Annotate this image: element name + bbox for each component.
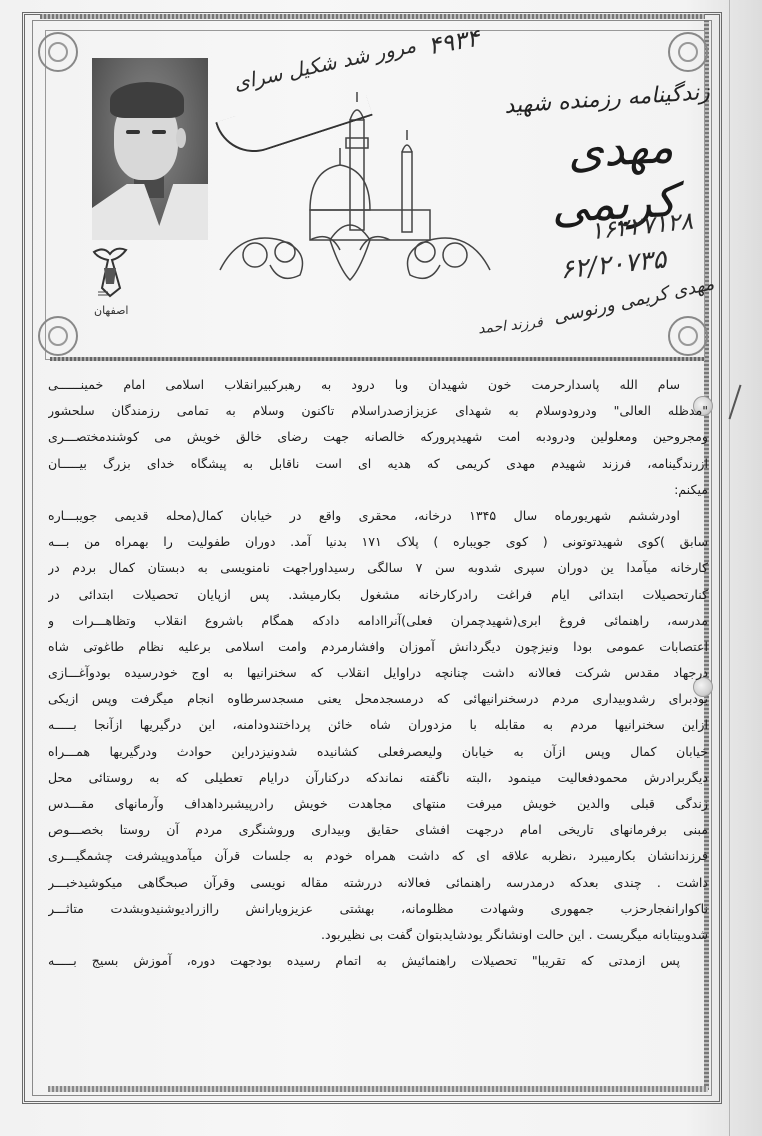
paragraph-1: سام الله پاسدارحرمت خون شهیدان وبا درود … — [48, 372, 708, 503]
martyr-portrait-photo — [92, 58, 208, 240]
text-line: مبنی برفرمانهای تاریخی امام درجهت افشای … — [48, 817, 708, 843]
text-line: ازاین سخنرانیها مردم به مقابله با مزدورا… — [48, 712, 708, 738]
header-divider — [50, 357, 705, 361]
text-line: خیابان کمال وپس ازآن به خیابان ولیعصرفعل… — [48, 739, 708, 765]
text-line: داشت . چندی بعدکه درمدرسه راهنمائی فعالا… — [48, 870, 708, 896]
text-line: کارخانه میآمدا ین دوران سپری شدوبه سن ۷ … — [48, 555, 708, 581]
corner-ornament-icon — [668, 32, 708, 72]
text-line: دیگربرادرش محمودفعالیت مینمود ،البته ناگ… — [48, 765, 708, 791]
paragraph-3: پس ازمدتی که تقریبا" تحصیلات راهنمائیش ب… — [48, 948, 708, 974]
text-line: مدرسه، راهنمائی فروغ ابری(شهیدچمران فعلی… — [48, 608, 708, 634]
text-line: اعتصابات عمومی بودا ونیزچون دیگردانش آمو… — [48, 634, 708, 660]
text-line: ازرندگینامه، فرزند شهیدم مهدی کریمی که ه… — [48, 451, 708, 477]
margin-pen-mark — [728, 385, 741, 420]
basij-emblem-icon — [90, 244, 130, 302]
text-line: بودبرای رشدوبیداری مردم درسخنرانیهائی که… — [48, 686, 708, 712]
text-line: درجهاد مقدس شرکت فعالانه داشت چنانچه درا… — [48, 660, 708, 686]
scan-fold-line — [729, 0, 730, 1136]
document-page: اصفهان زندگین — [0, 0, 762, 1136]
paragraph-2: اودرششم شهریورماه سال ۱۳۴۵ درخانه، محقری… — [48, 503, 708, 948]
text-line: پس ازمدتی که تقریبا" تحصیلات راهنمائیش ب… — [48, 948, 708, 974]
bottom-border-band — [48, 1086, 708, 1092]
text-line: "مدظله العالی" ودرودوسلام به شهدای عزیزا… — [48, 398, 708, 424]
text-line: اودرششم شهریورماه سال ۱۳۴۵ درخانه، محقری… — [48, 503, 708, 529]
top-border-band — [40, 14, 705, 19]
biography-body: سام الله پاسدارحرمت خون شهیدان وبا درود … — [48, 372, 708, 974]
text-line: زندگی قبلی والدین خویش میرفت منتهای مجاه… — [48, 791, 708, 817]
text-line: سابق )کوی شهیدتوتونی ( کوی جویباره ) پلا… — [48, 529, 708, 555]
text-line: میکنم: — [48, 477, 708, 503]
logo-city-label: اصفهان — [94, 304, 128, 317]
corner-ornament-icon — [38, 316, 78, 356]
text-line: کنارتحصیلات ابتدائی ایام فراغت رادرکارخا… — [48, 582, 708, 608]
text-line: سام الله پاسدارحرمت خون شهیدان وبا درود … — [48, 372, 708, 398]
corner-ornament-icon — [668, 316, 708, 356]
text-line: ناکوارانفجارحزب جمهوری وشهادت مظلومانه، … — [48, 896, 708, 922]
corner-ornament-icon — [38, 32, 78, 72]
text-line: شدوبیتابانه میگریست . این حالت اونشانگر … — [48, 922, 708, 948]
text-line: فرزندانشان بکارمیبرد ،نظربه علاقه ای که … — [48, 843, 708, 869]
text-line: ومجروحین ومعلولین ودرودبه امت شهیدپرورکه… — [48, 424, 708, 450]
